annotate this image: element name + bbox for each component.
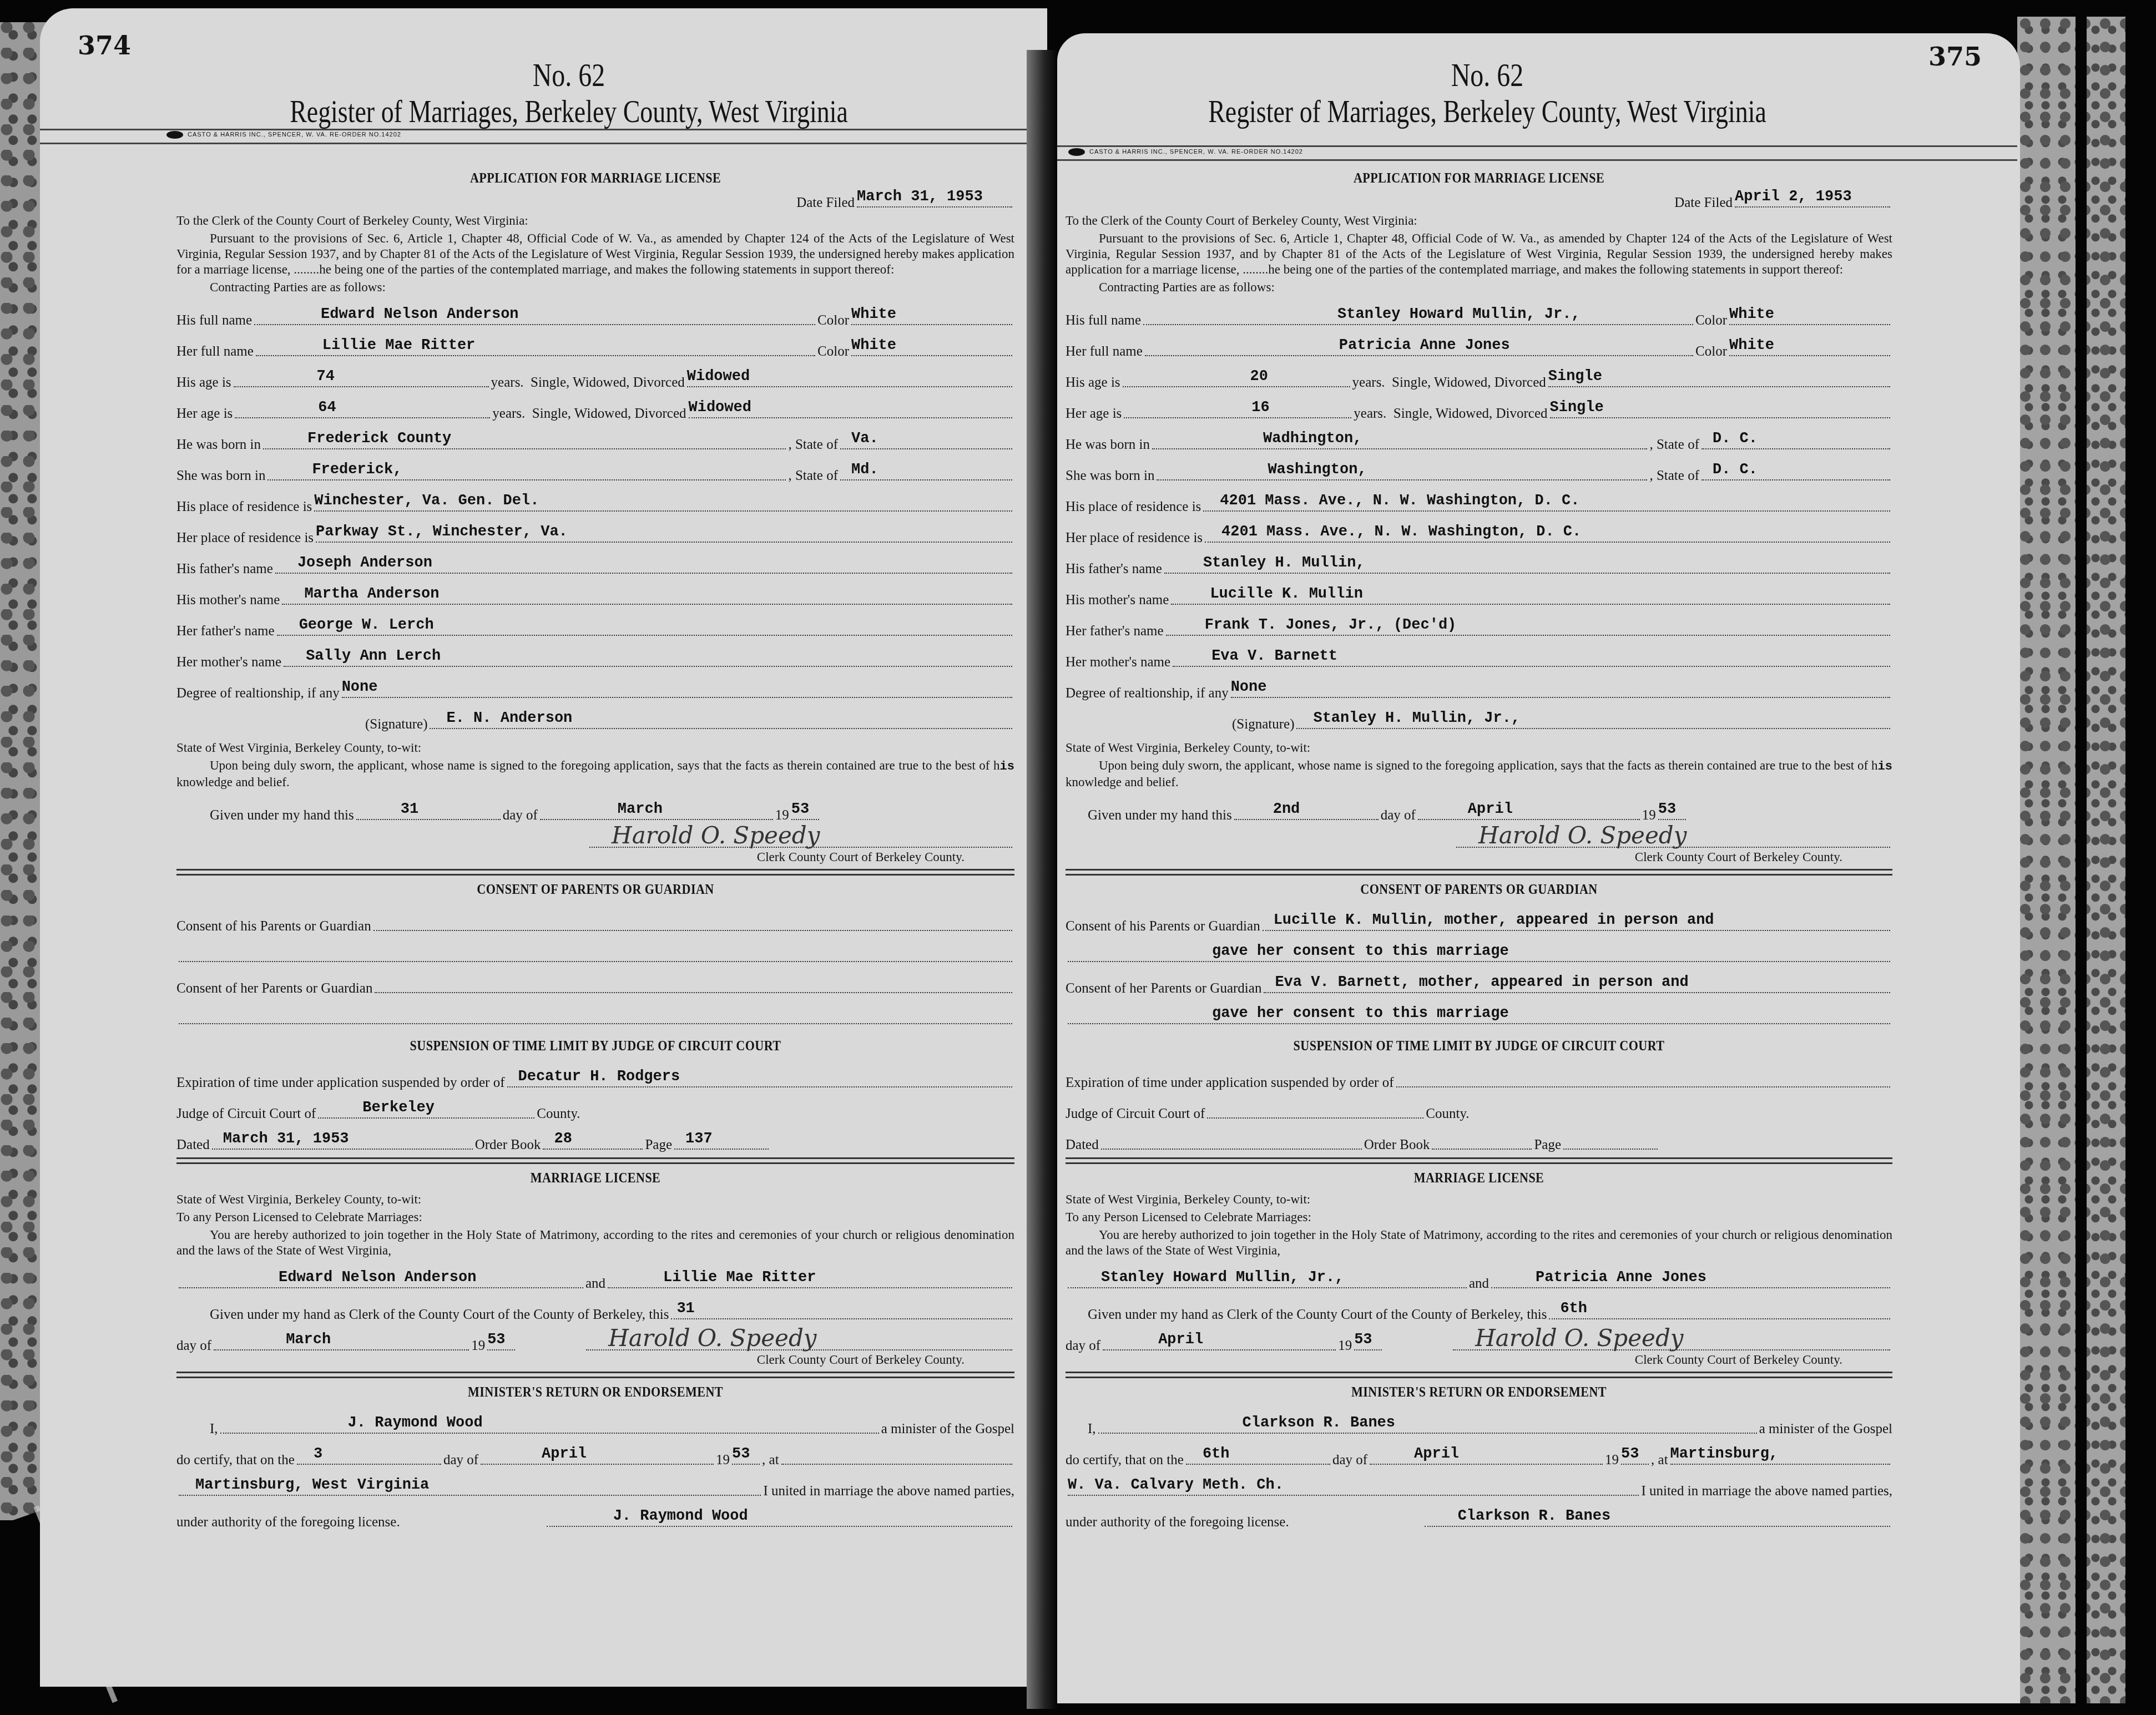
- form-paragraph: Upon being duly sworn, the applicant, wh…: [176, 758, 1014, 790]
- form-row: (Signature)E. N. Anderson: [176, 701, 1014, 732]
- field-label: His place of residence is: [1066, 499, 1201, 515]
- field-line: [1432, 1132, 1532, 1150]
- form-row: Consent of her Parents or Guardian: [176, 965, 1014, 996]
- field-label: day of: [503, 808, 538, 823]
- field-line: April: [481, 1447, 714, 1465]
- field-label: Her full name: [1066, 344, 1143, 360]
- field-line: [1207, 1101, 1423, 1119]
- field-label: His age is: [1066, 375, 1120, 391]
- form-paragraph: Pursuant to the provisions of Sec. 6, Ar…: [1066, 231, 1892, 277]
- field-line: E. N. Anderson: [430, 711, 1012, 729]
- field-line: White: [851, 338, 1012, 356]
- field-line: D. C.: [1701, 463, 1890, 480]
- field-line: [373, 913, 1012, 931]
- field-label: Expiration of time under application sus…: [176, 1075, 505, 1091]
- her-marital-status: Single: [1550, 399, 1604, 416]
- field-line: 6th: [1186, 1447, 1330, 1465]
- field-line: 4201 Mass. Ave., N. W. Washington, D. C.: [1203, 494, 1890, 512]
- married-year: 53: [732, 1446, 750, 1463]
- form-paragraph: State of West Virginia, Berkeley County,…: [176, 740, 1014, 756]
- her-color: White: [851, 337, 896, 354]
- married-place: W. Va. Calvary Meth. Ch.: [1068, 1477, 1284, 1494]
- field-line: 64: [235, 401, 490, 418]
- field-line: None: [342, 680, 1012, 698]
- form-row: (Signature)Stanley H. Mullin, Jr.,: [1066, 701, 1892, 732]
- field-label: years.: [1354, 406, 1386, 422]
- field-label: , at: [762, 1453, 779, 1468]
- field-label: , State of: [788, 468, 838, 484]
- license-groom: Stanley Howard Mullin, Jr.,: [1101, 1269, 1344, 1286]
- form-row: Her father's nameGeorge W. Lerch: [176, 608, 1014, 639]
- section-title-license: MARRIAGE LICENSE: [239, 1170, 952, 1186]
- field-label: Judge of Circuit Court of: [1066, 1106, 1205, 1122]
- field-label: Single, Widowed, Divorced: [1393, 406, 1548, 422]
- form-row: Consent of her Parents or GuardianEva V.…: [1066, 965, 1892, 996]
- field-line: March: [214, 1333, 469, 1350]
- field-label: under authority of the foregoing license…: [176, 1515, 400, 1530]
- field-line: W. Va. Calvary Meth. Ch.: [1068, 1478, 1639, 1496]
- consent-his-line2: gave her consent to this marriage: [1212, 943, 1509, 960]
- field-label: Given under my hand this: [1088, 808, 1232, 823]
- his-mother: Lucille K. Mullin: [1210, 586, 1362, 603]
- her-father: Frank T. Jones, Jr., (Dec'd): [1205, 617, 1457, 634]
- license-year: 53: [1354, 1332, 1372, 1348]
- field-label: Color: [1695, 344, 1727, 360]
- field-line: Harold O. Speedy: [1456, 830, 1890, 848]
- field-label: Date Filed: [1674, 195, 1733, 211]
- consent-his-line1: Lucille K. Mullin, mother, appeared in p…: [1274, 912, 1714, 929]
- form-paragraph: Upon being duly sworn, the applicant, wh…: [1066, 758, 1892, 790]
- field-label: (Signature): [1232, 717, 1294, 732]
- field-line: gave her consent to this marriage: [1068, 1006, 1890, 1024]
- field-label: Consent of his Parents or Guardian: [176, 919, 371, 934]
- field-line: Decatur H. Rodgers: [507, 1070, 1012, 1087]
- form-row: Given under my hand as Clerk of the Coun…: [176, 1292, 1014, 1323]
- field-label: Her place of residence is: [176, 530, 314, 546]
- field-line: White: [1729, 307, 1890, 325]
- married-year: 53: [1621, 1446, 1639, 1463]
- field-line: White: [1729, 338, 1890, 356]
- field-line: [179, 1006, 1012, 1024]
- form-row: Degree of realtionship, if anyNone: [1066, 670, 1892, 701]
- field-label: Color: [817, 344, 849, 360]
- his-age: 20: [1250, 368, 1268, 385]
- suspended-by: Decatur H. Rodgers: [518, 1069, 680, 1085]
- her-residence: Parkway St., Winchester, Va.: [316, 524, 568, 540]
- field-label: a minister of the Gospel: [881, 1421, 1014, 1437]
- field-label: , State of: [1649, 437, 1699, 453]
- applicant-signature: Stanley H. Mullin, Jr.,: [1313, 710, 1520, 727]
- book-gutter: [1027, 50, 1057, 1709]
- field-line: Harold O. Speedy: [1453, 1333, 1890, 1350]
- field-line: Patricia Anne Jones: [1145, 338, 1693, 356]
- field-label: , at: [1651, 1453, 1668, 1468]
- register-header-right: No. 62 Register of Marriages, Berkeley C…: [1088, 55, 1887, 130]
- form-row: Her place of residence is4201 Mass. Ave.…: [1066, 515, 1892, 546]
- form-row: Expiration of time under application sus…: [1066, 1060, 1892, 1091]
- sworn-day: 2nd: [1273, 801, 1300, 818]
- field-label: I,: [210, 1421, 218, 1437]
- field-line: 53: [1354, 1333, 1382, 1350]
- field-line: None: [1231, 680, 1890, 698]
- judge-county: Berkeley: [362, 1100, 435, 1116]
- field-label: Judge of Circuit Court of: [176, 1106, 316, 1122]
- form-row: Harold O. Speedy: [176, 823, 1014, 851]
- field-line: Martha Anderson: [282, 587, 1012, 605]
- field-line: [1101, 1132, 1362, 1150]
- field-line: 31: [671, 1302, 1012, 1319]
- clerk-signature-license: Harold O. Speedy: [608, 1324, 816, 1352]
- field-label: Consent of his Parents or Guardian: [1066, 919, 1260, 934]
- sworn-month: April: [1468, 801, 1513, 818]
- field-line: Lillie Mae Ritter: [256, 338, 815, 356]
- field-line: gave her consent to this marriage: [1068, 944, 1890, 962]
- her-age: 64: [318, 399, 336, 416]
- form-row: DatedOrder BookPage: [1066, 1122, 1892, 1153]
- form-paragraph: To any Person Licensed to Celebrate Marr…: [1066, 1210, 1892, 1225]
- form-paragraph: Contracting Parties are as follows:: [1066, 280, 1892, 295]
- field-line: [375, 975, 1012, 993]
- field-line: Single: [1548, 370, 1890, 387]
- field-label: Single, Widowed, Divorced: [532, 406, 686, 422]
- form-row: Edward Nelson AndersonandLillie Mae Ritt…: [176, 1261, 1014, 1292]
- field-label: a minister of the Gospel: [1759, 1421, 1892, 1437]
- field-label: His full name: [176, 313, 252, 328]
- field-line: March: [540, 802, 773, 820]
- field-label: Degree of realtionship, if any: [176, 686, 340, 701]
- field-line: Edward Nelson Anderson: [254, 307, 815, 325]
- field-label: His age is: [176, 375, 231, 391]
- field-label: day of: [1381, 808, 1416, 823]
- she-born-state: D. C.: [1713, 462, 1758, 478]
- register-title: Register of Marriages, Berkeley County, …: [239, 94, 899, 130]
- form-row: Her mother's nameEva V. Barnett: [1066, 639, 1892, 670]
- field-line: 31: [356, 802, 501, 820]
- his-residence: 4201 Mass. Ave., N. W. Washington, D. C.: [1220, 493, 1579, 509]
- field-label: 19: [1605, 1453, 1619, 1468]
- field-line: 16: [1124, 401, 1351, 418]
- he-born-in: Frederick County: [307, 431, 451, 447]
- form-row: Her father's nameFrank T. Jones, Jr., (D…: [1066, 608, 1892, 639]
- field-label: Color: [817, 313, 849, 328]
- field-line: Stanley Howard Mullin, Jr.,: [1143, 307, 1693, 325]
- field-label: Given under my hand as Clerk of the Coun…: [1088, 1307, 1547, 1323]
- her-full-name: Patricia Anne Jones: [1339, 337, 1510, 354]
- field-label: His father's name: [176, 561, 273, 577]
- field-line: Joseph Anderson: [275, 556, 1012, 574]
- form-row: His mother's nameLucille K. Mullin: [1066, 577, 1892, 608]
- form-row: [176, 996, 1014, 1028]
- field-label: She was born in: [1066, 468, 1154, 484]
- his-color: White: [851, 306, 896, 323]
- form-row: DatedMarch 31, 1953Order Book28Page137: [176, 1122, 1014, 1153]
- field-label: Her mother's name: [1066, 655, 1170, 670]
- form-row: Judge of Circuit Court ofBerkeleyCounty.: [176, 1091, 1014, 1122]
- her-color: White: [1729, 337, 1774, 354]
- license-bride: Lillie Mae Ritter: [663, 1269, 816, 1286]
- register-header-left: No. 62 Register of Marriages, Berkeley C…: [166, 55, 971, 130]
- his-mother: Martha Anderson: [304, 586, 439, 603]
- form-paragraph: To the Clerk of the County Court of Berk…: [1066, 213, 1892, 229]
- her-mother: Sally Ann Lerch: [306, 648, 441, 665]
- field-label: Page: [1534, 1137, 1561, 1153]
- form-row: His father's nameStanley H. Mullin,: [1066, 546, 1892, 577]
- he-born-state: Va.: [851, 431, 878, 447]
- field-label: day of: [1332, 1453, 1367, 1468]
- form-row: Given under my hand as Clerk of the Coun…: [1066, 1292, 1892, 1323]
- field-line: J. Raymond Wood: [220, 1416, 879, 1434]
- field-label: years.: [492, 406, 525, 422]
- form-row: I,J. Raymond Wooda minister of the Gospe…: [176, 1406, 1014, 1437]
- field-line: March 31, 1953: [212, 1132, 473, 1150]
- field-label: County.: [1426, 1106, 1469, 1122]
- form-row: His mother's nameMartha Anderson: [176, 577, 1014, 608]
- field-label: Dated: [1066, 1137, 1099, 1153]
- form-row: do certify, that on the6thday ofApril195…: [1066, 1437, 1892, 1468]
- form-paragraph: State of West Virginia, Berkeley County,…: [176, 1192, 1014, 1207]
- field-line: Patricia Anne Jones: [1491, 1271, 1890, 1288]
- field-line: Harold O. Speedy: [589, 830, 1012, 848]
- license-month: April: [1158, 1332, 1203, 1348]
- field-line: Eva V. Barnett, mother, appeared in pers…: [1264, 975, 1890, 993]
- form-row: under authority of the foregoing license…: [1066, 1499, 1892, 1530]
- form-row: Stanley Howard Mullin, Jr.,andPatricia A…: [1066, 1261, 1892, 1292]
- married-place: Martinsburg, West Virginia: [195, 1477, 429, 1494]
- minister-signature: Clarkson R. Banes: [1458, 1508, 1610, 1525]
- pronoun: is: [1000, 760, 1014, 773]
- field-label: and: [585, 1276, 605, 1292]
- minister-signature: J. Raymond Wood: [613, 1508, 748, 1525]
- field-label: I,: [1088, 1421, 1096, 1437]
- form-row: His father's nameJoseph Anderson: [176, 546, 1014, 577]
- field-label: , State of: [788, 437, 838, 453]
- field-label: 19: [471, 1338, 485, 1354]
- form-row: Consent of his Parents or Guardian: [176, 903, 1014, 934]
- field-label: Degree of realtionship, if any: [1066, 686, 1229, 701]
- field-label: Her father's name: [176, 624, 275, 639]
- field-label: Color: [1695, 313, 1727, 328]
- license-groom: Edward Nelson Anderson: [279, 1269, 476, 1286]
- consent-her-line1: Eva V. Barnett, mother, appeared in pers…: [1275, 974, 1688, 991]
- field-line: Edward Nelson Anderson: [179, 1271, 583, 1288]
- degree-of-relationship: None: [342, 679, 378, 696]
- form-row: Her place of residence isParkway St., Wi…: [176, 515, 1014, 546]
- form-paragraph: You are hereby authorized to join togeth…: [176, 1227, 1014, 1258]
- license-day: 31: [676, 1301, 694, 1317]
- field-label: Consent of her Parents or Guardian: [1066, 981, 1261, 996]
- field-line: 20: [1123, 370, 1350, 387]
- field-line: 28: [543, 1132, 643, 1150]
- field-line: Martinsburg, West Virginia: [179, 1478, 761, 1496]
- field-label: (Signature): [365, 717, 427, 732]
- she-born-in: Washington,: [1268, 462, 1366, 478]
- field-label: I united in marriage the above named par…: [763, 1484, 1014, 1499]
- field-line: April: [1103, 1333, 1336, 1350]
- field-line: Martinsburg,: [1670, 1447, 1890, 1465]
- field-line: 4201 Mass. Ave., N. W. Washington, D. C.: [1205, 525, 1890, 543]
- his-full-name: Stanley Howard Mullin, Jr.,: [1337, 306, 1580, 323]
- field-line: Eva V. Barnett: [1173, 649, 1890, 667]
- clerk-signature-license: Harold O. Speedy: [1475, 1324, 1683, 1352]
- form-row: She was born inWashington,, State ofD. C…: [1066, 453, 1892, 484]
- page-number-right: 375: [1928, 42, 1982, 72]
- field-label: She was born in: [176, 468, 265, 484]
- field-label: 19: [775, 808, 789, 823]
- her-mother: Eva V. Barnett: [1211, 648, 1337, 665]
- form-row: Expiration of time under application sus…: [176, 1060, 1014, 1091]
- consent-her-line2: gave her consent to this marriage: [1212, 1005, 1509, 1022]
- field-line: [1396, 1070, 1890, 1087]
- section-title-minister: MINISTER'S RETURN OR ENDORSEMENT: [239, 1384, 952, 1400]
- field-label: Her father's name: [1066, 624, 1164, 639]
- married-month: April: [1414, 1446, 1459, 1463]
- form-paragraph: State of West Virginia, Berkeley County,…: [1066, 740, 1892, 756]
- degree-of-relationship: None: [1231, 679, 1267, 696]
- section-title-consent: CONSENT OF PARENTS OR GUARDIAN: [239, 881, 952, 898]
- form-row: He was born inWadhington,, State ofD. C.: [1066, 422, 1892, 453]
- register-number: No. 62: [247, 55, 891, 94]
- field-label: Her place of residence is: [1066, 530, 1203, 546]
- field-line: [1563, 1132, 1658, 1150]
- field-line: April 2, 1953: [1735, 190, 1890, 208]
- field-label: His full name: [1066, 313, 1141, 328]
- field-label: Her age is: [176, 406, 233, 422]
- form-row: Date FiledApril 2, 1953: [1066, 192, 1892, 211]
- field-line: George W. Lerch: [277, 618, 1012, 636]
- printer-imprint: CASTO & HARRIS INC., SPENCER, W. VA. RE-…: [166, 131, 401, 139]
- form-row: day ofApril1953Harold O. Speedy: [1066, 1323, 1892, 1354]
- field-label: Given under my hand this: [210, 808, 354, 823]
- his-father: Joseph Anderson: [297, 555, 432, 571]
- sworn-year: 53: [791, 801, 809, 818]
- field-label: do certify, that on the: [1066, 1453, 1184, 1468]
- record-form-left: APPLICATION FOR MARRIAGE LICENSE Date Fi…: [176, 166, 1014, 1530]
- field-line: Berkeley: [318, 1101, 534, 1119]
- field-line: Sally Ann Lerch: [284, 649, 1012, 667]
- field-label: Order Book: [475, 1137, 541, 1153]
- field-line: [179, 944, 1012, 962]
- field-label: He was born in: [176, 437, 261, 453]
- form-paragraph: State of West Virginia, Berkeley County,…: [1066, 1192, 1892, 1207]
- field-label: I united in marriage the above named par…: [1641, 1484, 1892, 1499]
- license-day: 6th: [1560, 1301, 1587, 1317]
- field-line: Washington,: [1157, 463, 1647, 480]
- section-divider: [176, 869, 1014, 876]
- field-label: He was born in: [1066, 437, 1150, 453]
- field-label: His mother's name: [176, 593, 280, 608]
- field-label: Given under my hand as Clerk of the Coun…: [210, 1307, 669, 1323]
- form-row: under authority of the foregoing license…: [176, 1499, 1014, 1530]
- field-label: Date Filed: [796, 195, 855, 211]
- field-label: 19: [1642, 808, 1656, 823]
- field-line: Frank T. Jones, Jr., (Dec'd): [1166, 618, 1890, 636]
- form-row: Her full nameLillie Mae RitterColorWhite: [176, 328, 1014, 360]
- form-row: His place of residence isWinchester, Va.…: [176, 484, 1014, 515]
- clerk-signature: Harold O. Speedy: [1478, 822, 1687, 849]
- field-line: Harold O. Speedy: [586, 1333, 1012, 1350]
- field-label: under authority of the foregoing license…: [1066, 1515, 1289, 1530]
- form-row: Her age is64years. Single, Widowed, Divo…: [176, 391, 1014, 422]
- clerk-signature: Harold O. Speedy: [612, 822, 820, 849]
- his-marital-status: Widowed: [687, 368, 750, 385]
- order-book: 28: [554, 1131, 572, 1147]
- her-full-name: Lillie Mae Ritter: [322, 337, 475, 354]
- field-line: Widowed: [687, 370, 1012, 387]
- license-month: March: [286, 1332, 331, 1348]
- field-line: Lillie Mae Ritter: [608, 1271, 1012, 1288]
- form-row: Harold O. Speedy: [1066, 823, 1892, 851]
- pursuant-paragraph: Pursuant to the provisions of Sec. 6, Ar…: [176, 231, 1014, 277]
- field-label: , State of: [1649, 468, 1699, 484]
- field-line: 6th: [1549, 1302, 1890, 1319]
- sworn-year: 53: [1658, 801, 1676, 818]
- field-label: His mother's name: [1066, 593, 1169, 608]
- his-father: Stanley H. Mullin,: [1203, 555, 1365, 571]
- book-edge-right: [2017, 17, 2125, 1703]
- her-father: George W. Lerch: [299, 617, 434, 634]
- she-born-in: Frederick,: [312, 462, 402, 478]
- field-label: Expiration of time under application sus…: [1066, 1075, 1394, 1091]
- field-line: D. C.: [1701, 432, 1890, 449]
- field-line: April: [1370, 1447, 1603, 1465]
- form-paragraph: To any Person Licensed to Celebrate Marr…: [176, 1210, 1014, 1225]
- her-age: 16: [1251, 399, 1269, 416]
- field-label: Order Book: [1364, 1137, 1430, 1153]
- minister-name: Clarkson R. Banes: [1243, 1415, 1395, 1431]
- form-row: gave her consent to this marriage: [1066, 934, 1892, 965]
- form-row: Martinsburg, West VirginiaI united in ma…: [176, 1468, 1014, 1499]
- form-row: gave her consent to this marriage: [1066, 996, 1892, 1028]
- page-number-left: 374: [78, 31, 131, 60]
- field-label: County.: [537, 1106, 580, 1122]
- field-line: 137: [674, 1132, 769, 1150]
- form-row: His age is20years. Single, Widowed, Divo…: [1066, 360, 1892, 391]
- field-line: Single: [1550, 401, 1891, 418]
- field-line: March 31, 1953: [857, 190, 1012, 208]
- field-label: years.: [1352, 375, 1385, 391]
- field-line: Clarkson R. Banes: [1098, 1416, 1757, 1434]
- field-label: 19: [716, 1453, 730, 1468]
- his-full-name: Edward Nelson Anderson: [321, 306, 518, 323]
- field-label: day of: [1066, 1338, 1100, 1354]
- field-line: Widowed: [689, 401, 1013, 418]
- field-label: years.: [491, 375, 524, 391]
- field-line: 53: [487, 1333, 515, 1350]
- she-born-state: Md.: [851, 462, 878, 478]
- field-line: 3: [297, 1447, 441, 1465]
- form-paragraph: You are hereby authorized to join togeth…: [1066, 1227, 1892, 1258]
- field-label: and: [1469, 1276, 1489, 1292]
- field-line: Stanley Howard Mullin, Jr.,: [1068, 1271, 1467, 1288]
- section-title-application: APPLICATION FOR MARRIAGE LICENSE: [239, 170, 952, 186]
- form-row: Given under my hand this31day ofMarch195…: [176, 792, 1014, 823]
- form-row: [176, 934, 1014, 965]
- field-line: 53: [1658, 802, 1686, 820]
- form-row: Her full namePatricia Anne JonesColorWhi…: [1066, 328, 1892, 360]
- field-label: Consent of her Parents or Guardian: [176, 981, 372, 996]
- field-line: Lucille K. Mullin, mother, appeared in p…: [1263, 913, 1890, 931]
- he-born-in: Wadhington,: [1263, 431, 1362, 447]
- field-label: day of: [176, 1338, 211, 1354]
- field-label: Dated: [176, 1137, 210, 1153]
- field-label: do certify, that on the: [176, 1453, 295, 1468]
- form-row: Her mother's nameSally Ann Lerch: [176, 639, 1014, 670]
- field-line: 74: [234, 370, 489, 387]
- form-row: I,Clarkson R. Banesa minister of the Gos…: [1066, 1406, 1892, 1437]
- form-row: His place of residence is4201 Mass. Ave.…: [1066, 484, 1892, 515]
- field-line: [781, 1447, 1012, 1465]
- field-label: day of: [443, 1453, 478, 1468]
